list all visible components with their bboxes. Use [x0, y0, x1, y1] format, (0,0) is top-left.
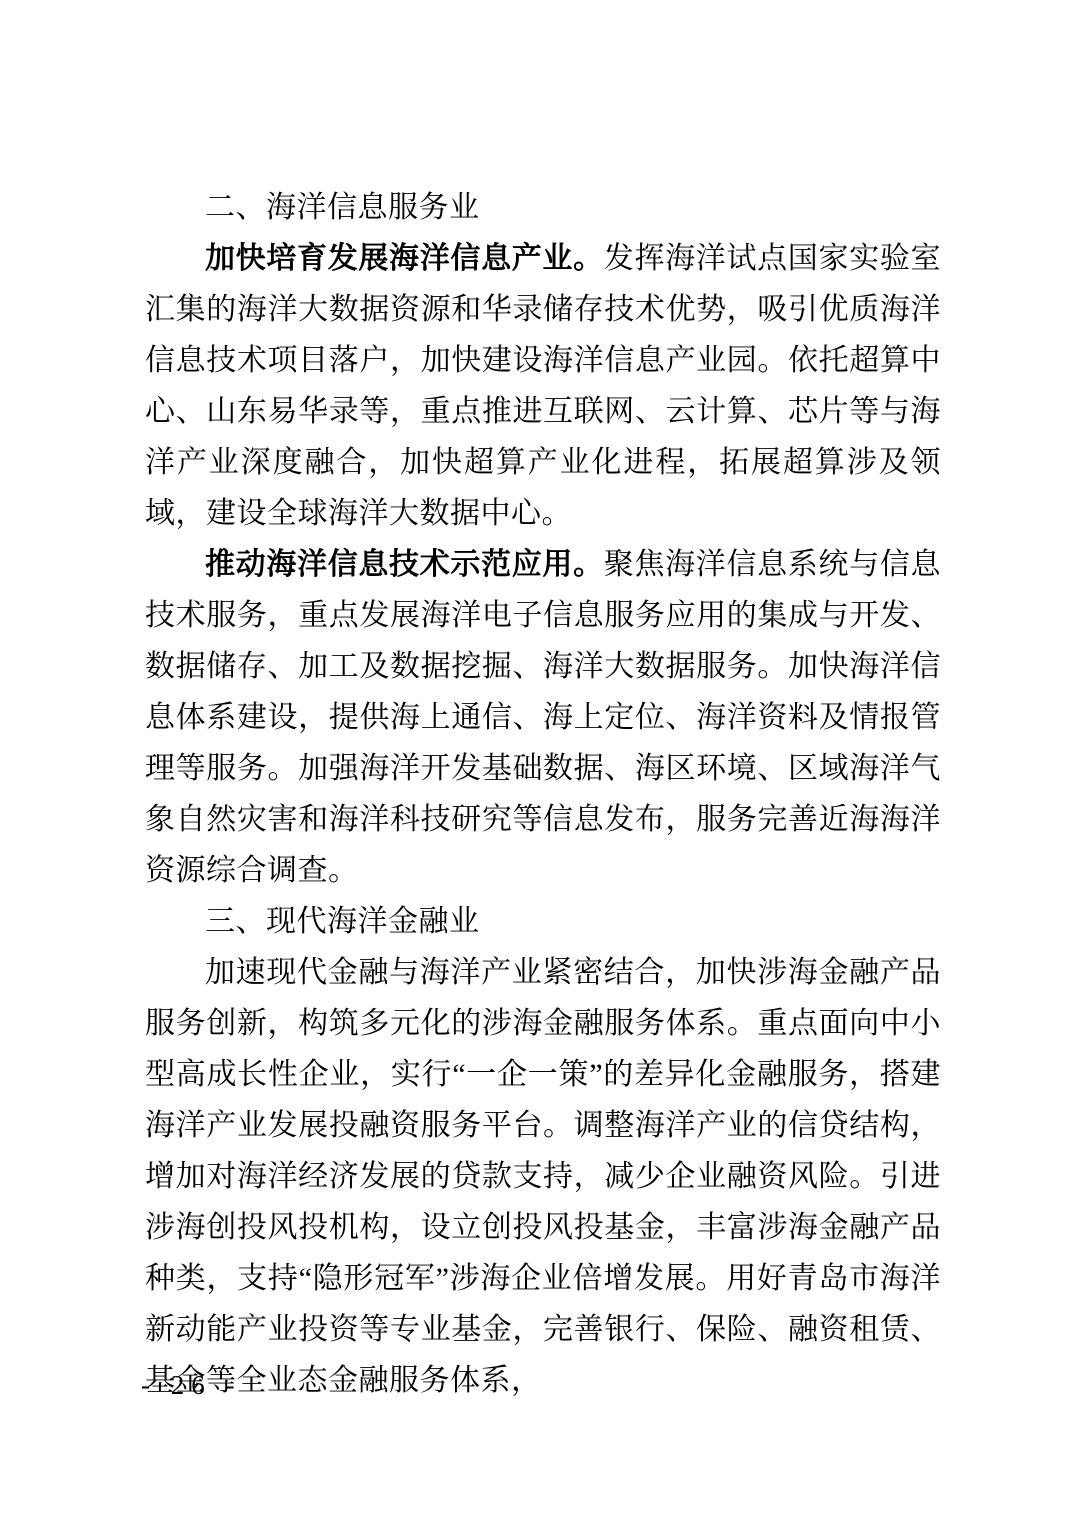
paragraph-lead: 加快培育发展海洋信息产业。 — [205, 242, 604, 275]
paragraph-lead: 推动海洋信息技术示范应用。 — [205, 548, 604, 581]
paragraph-body: 加速现代金融与海洋产业紧密结合，加快涉海金融产品服务创新，构筑多元化的涉海金融服… — [145, 956, 941, 1397]
page-number: - 26 - — [141, 1370, 241, 1401]
paragraph-body: 发挥海洋试点国家实验室汇集的海洋大数据资源和华录储存技术优势，吸引优质海洋信息技… — [145, 242, 941, 530]
paragraph-body: 聚焦海洋信息系统与信息技术服务，重点发展海洋电子信息服务应用的集成与开发、数据储… — [145, 548, 941, 887]
paragraph: 推动海洋信息技术示范应用。聚焦海洋信息系统与信息技术服务，重点发展海洋电子信息服… — [145, 539, 941, 896]
paragraph: 加快培育发展海洋信息产业。发挥海洋试点国家实验室汇集的海洋大数据资源和华录储存技… — [145, 233, 941, 539]
paragraph: 加速现代金融与海洋产业紧密结合，加快涉海金融产品服务创新，构筑多元化的涉海金融服… — [145, 947, 941, 1406]
document-content: 二、海洋信息服务业 加快培育发展海洋信息产业。发挥海洋试点国家实验室汇集的海洋大… — [145, 182, 941, 1406]
section-heading-modern-marine-finance: 三、现代海洋金融业 — [145, 896, 941, 947]
section-heading-marine-information-services: 二、海洋信息服务业 — [145, 182, 941, 233]
document-page: 二、海洋信息服务业 加快培育发展海洋信息产业。发挥海洋试点国家实验室汇集的海洋大… — [0, 0, 1074, 1520]
